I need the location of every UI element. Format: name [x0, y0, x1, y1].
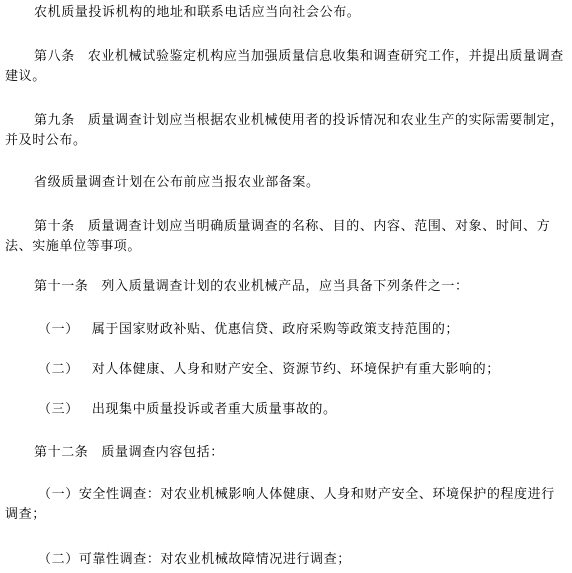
item-marker: （三）	[38, 402, 79, 417]
article-11: 第十一条列入质量调查计划的农业机械产品，应当具备下列条件之一：	[5, 277, 567, 297]
article-12-item-1: （一）安全性调查：对农业机械影响人体健康、人身和财产安全、环境保护的程度进行调查…	[5, 485, 567, 525]
item-marker: （二）	[38, 552, 79, 567]
article-number: 第十条	[34, 219, 75, 234]
paragraph-complaint-contact: 农机质量投诉机构的地址和联系电话应当向社会公布。	[5, 3, 567, 23]
article-11-item-1: （一）属于国家财政补贴、优惠信贷、政府采购等政策支持范围的；	[5, 320, 567, 340]
paragraph-provincial-filing: 省级质量调查计划在公布前应当报农业部备案。	[5, 173, 567, 193]
paragraph-text: 省级质量调查计划在公布前应当报农业部备案。	[34, 175, 320, 190]
article-number: 第十二条	[34, 445, 88, 460]
item-text: 出现集中质量投诉或者重大质量事故的。	[92, 402, 337, 417]
article-number: 第九条	[34, 113, 75, 128]
item-marker: （一）	[38, 322, 79, 337]
article-text: 质量调查计划应当根据农业机械使用者的投诉情况和农业生产的实际需要制定，并及时公布…	[5, 113, 564, 148]
article-text: 质量调查计划应当明确质量调查的名称、目的、内容、范围、对象、时间、方法、实施单位…	[5, 219, 550, 254]
document-body: 农机质量投诉机构的地址和联系电话应当向社会公布。 第八条农业机械试验鉴定机构应当…	[0, 0, 572, 573]
paragraph-text: 农机质量投诉机构的地址和联系电话应当向社会公布。	[34, 5, 360, 20]
article-11-item-2: （二）对人体健康、人身和财产安全、资源节约、环境保护有重大影响的；	[5, 360, 567, 380]
article-text: 列入质量调查计划的农业机械产品，应当具备下列条件之一：	[101, 279, 468, 294]
article-number: 第十一条	[34, 279, 88, 294]
article-12: 第十二条质量调查内容包括：	[5, 443, 567, 463]
article-text: 质量调查内容包括：	[101, 445, 223, 460]
item-marker: （二）	[38, 362, 79, 377]
article-text: 农业机械试验鉴定机构应当加强质量信息收集和调查研究工作，并提出质量调查建议。	[5, 49, 564, 84]
item-text: 属于国家财政补贴、优惠信贷、政府采购等政策支持范围的；	[92, 322, 459, 337]
article-9: 第九条质量调查计划应当根据农业机械使用者的投诉情况和农业生产的实际需要制定，并及…	[5, 111, 567, 151]
article-number: 第八条	[34, 49, 75, 64]
article-8: 第八条农业机械试验鉴定机构应当加强质量信息收集和调查研究工作，并提出质量调查建议…	[5, 47, 567, 87]
item-text: 对人体健康、人身和财产安全、资源节约、环境保护有重大影响的；	[92, 362, 500, 377]
article-11-item-3: （三）出现集中质量投诉或者重大质量事故的。	[5, 400, 567, 420]
item-text: 可靠性调查：对农业机械故障情况进行调查；	[79, 552, 351, 567]
article-12-item-2: （二）可靠性调查：对农业机械故障情况进行调查；	[5, 550, 567, 570]
item-text: 安全性调查：对农业机械影响人体健康、人身和财产安全、环境保护的程度进行调查；	[5, 487, 555, 522]
article-10: 第十条质量调查计划应当明确质量调查的名称、目的、内容、范围、对象、时间、方法、实…	[5, 217, 567, 257]
item-marker: （一）	[38, 487, 79, 502]
